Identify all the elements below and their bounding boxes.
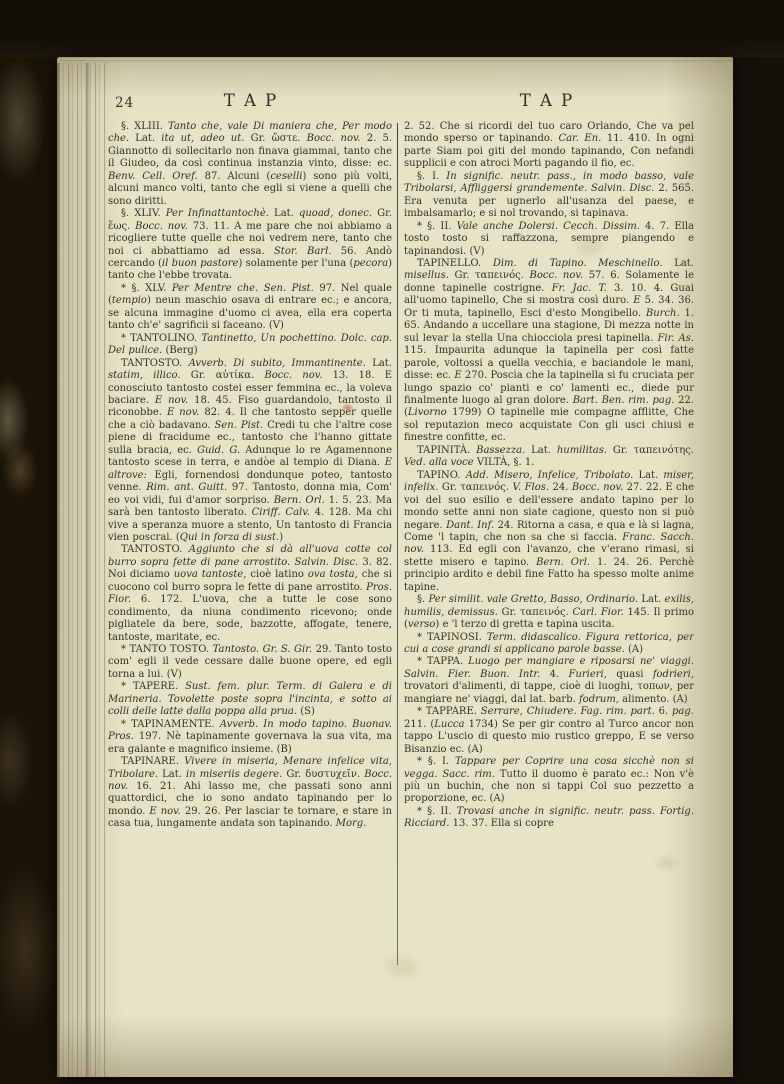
text-segment: Stor. Barl. — [274, 246, 341, 257]
text-segment: Lat. — [135, 133, 161, 144]
book-cover-edge — [0, 0, 60, 1084]
text-segment: Car. En. — [558, 133, 606, 144]
text-segment: * TANTOLINO. — [121, 333, 201, 344]
text-segment: Carl. Fior. — [572, 607, 627, 618]
text-segment: ceselli — [270, 171, 302, 182]
page-top-edge — [57, 57, 733, 63]
paragraph-right-10: * TAPPARE. Serrare, Chiudere. Fag. rim. … — [404, 706, 694, 756]
paragraph-left-9: * TAPINAMENTE. Avverb. In modo tapino. B… — [108, 719, 392, 756]
paragraph-left-3: * §. XLV. Per Mentre che. Sen. Pist. 97.… — [108, 283, 392, 333]
text-segment: Dim. di Tapino. Meschinello. — [493, 258, 674, 269]
text-segment: 211. ( — [404, 719, 434, 730]
text-segment: E — [633, 295, 644, 306]
text-segment: alimento. (A) — [622, 694, 687, 705]
text-segment: 197. Nè tapinamente governava la sua vit… — [108, 731, 392, 754]
text-block: §. XLIII. Tanto che, vale Di maniera che… — [108, 121, 694, 973]
text-segment: * TAPINAMENTE. — [121, 719, 220, 730]
page-number: 24 — [115, 95, 134, 111]
text-segment: Gr. ταπεινός. — [442, 482, 513, 493]
book-scan-photo: 24 T A P T A P §. XLIII. Tanto che, vale… — [0, 0, 784, 1084]
text-segment: 13. 37. Ella si copre — [453, 818, 554, 829]
text-segment: §. — [417, 594, 429, 605]
text-segment: Lat. — [531, 445, 557, 456]
text-segment: * TAPINOSI. — [417, 632, 487, 643]
text-segment: TAPINITÀ. — [417, 445, 476, 456]
paragraph-left-7: * TANTO TOSTO. Tantosto. Gr. S. Gir. 29.… — [108, 644, 392, 681]
paragraph-right-2: §. I. In signific. neutr. pass., in modo… — [404, 171, 694, 221]
text-segment: fodrum, — [579, 694, 622, 705]
text-segment: * TAPPA. — [417, 656, 468, 667]
text-segment: verso — [408, 619, 436, 630]
paragraph-left-10: TAPINARE. Vivere in miseria, Menare infe… — [108, 756, 392, 831]
text-segment: ) solamente per l'una ( — [238, 258, 353, 269]
paragraph-left-6: TANTOSTO. Aggiunto che si dà all'uova co… — [108, 544, 392, 644]
text-segment: Dant. Inf. — [446, 520, 498, 531]
paragraph-right-12: * §. II. Trovasi anche in signific. neut… — [404, 806, 694, 831]
text-segment: Furieri, — [569, 669, 617, 680]
text-segment: Fir. As. — [657, 333, 694, 344]
book-page: 24 T A P T A P §. XLIII. Tanto che, vale… — [57, 57, 733, 1077]
text-segment: (S) — [300, 706, 315, 717]
text-segment: §. XLIII. — [121, 121, 168, 132]
text-segment: * §. II. — [417, 806, 457, 817]
text-segment: TANTOSTO. — [121, 358, 189, 369]
text-segment: Lat. — [162, 769, 186, 780]
text-segment: ova tosta, — [308, 569, 362, 580]
running-title-left: T A P — [191, 91, 311, 110]
text-segment: cioè latino — [250, 569, 307, 580]
text-segment: Gr. δυστυχεῖν. — [286, 769, 364, 780]
paragraph-right-5: TAPINITÀ. Bassezza. Lat. humilitas. Gr. … — [404, 445, 694, 470]
text-segment: VILTÀ, §. 1. — [477, 457, 535, 468]
paragraph-left-1: §. XLIII. Tanto che, vale Di maniera che… — [108, 121, 392, 208]
paragraph-left-4: * TANTOLINO. Tantinetto, Un pochettino. … — [108, 333, 392, 358]
text-segment: Sen. Pist. — [215, 420, 268, 431]
text-segment: In signific. neutr. pass., in modo basso… — [404, 171, 694, 194]
text-segment: Gr. αὐτίκα. — [191, 370, 265, 381]
text-segment: §. I. — [417, 171, 446, 182]
text-segment: Fr. Jac. T. — [552, 283, 614, 294]
text-segment: TAPINELLO. — [417, 258, 493, 269]
text-segment: Bocc. nov. — [135, 221, 193, 232]
text-segment: Gr. ὥστε. — [251, 133, 307, 144]
paragraph-right-9: * TAPPA. Luogo per mangiare e riposarsi … — [404, 656, 694, 706]
text-segment: Bart. Ben. rim. pag. — [573, 395, 678, 406]
text-segment: Lat. — [641, 594, 664, 605]
text-segment: 4. — [550, 669, 569, 680]
text-segment: * §. I. — [417, 756, 455, 767]
text-segment: misellus. — [404, 270, 455, 281]
text-segment: Tantosto. Gr. S. Gir. — [213, 644, 316, 655]
text-segment: il buon pastore — [162, 258, 239, 269]
text-segment: E nov. — [155, 395, 194, 406]
text-segment: Gr. ταπεινός. — [455, 270, 530, 281]
paragraph-right-3: * §. II. Vale anche Dolersi. Cecch. Diss… — [404, 221, 694, 258]
text-segment: TANTOSTO. — [121, 544, 189, 555]
paragraph-left-5: TANTOSTO. Avverb. Di subito, Immantinent… — [108, 358, 392, 545]
paragraph-right-6: TAPINO. Add. Misero, Infelice, Tribolato… — [404, 470, 694, 595]
text-segment: Bocc. nov. — [572, 482, 627, 493]
text-segment: §. XLIV. — [121, 208, 166, 219]
text-segment: ita ut, adeo ut. — [161, 133, 250, 144]
text-segment: Bocc. nov. — [264, 370, 332, 381]
text-segment: TAPINARE. — [121, 756, 184, 767]
paragraph-right-7: §. Per similit. vale Gretto, Basso, Ordi… — [404, 594, 694, 631]
dark-background-top — [0, 0, 784, 57]
text-segment: Gr. ταπεινότης. — [613, 445, 694, 456]
text-segment: Bern. Orl. — [536, 557, 597, 568]
running-title-right: T A P — [487, 91, 607, 110]
text-segment: Avverb. Di subito, Immantinente. — [189, 358, 373, 369]
text-segment: humilitas. — [557, 445, 613, 456]
text-segment: in miseriis degere. — [186, 769, 286, 780]
text-segment: * TAPPARE. — [417, 706, 481, 717]
text-segment: Ciriff. Calv. — [252, 507, 315, 518]
paragraph-right-8: * TAPINOSI. Term. didascalico. Figura re… — [404, 632, 694, 657]
text-segment: Per Infinattantochè. — [166, 208, 274, 219]
text-segment: statim, illico. — [108, 370, 191, 381]
text-segment: pecora — [353, 258, 388, 269]
text-segment: E nov. — [149, 806, 184, 817]
text-column-right: 2. 52. Che si ricordi del tuo caro Orlan… — [404, 121, 694, 973]
text-segment: Morg. — [336, 818, 367, 829]
text-segment: Bassezza. — [476, 445, 531, 456]
text-segment: Per similit. vale Gretto, Basso, Ordinar… — [429, 594, 642, 605]
paragraph-left-8: * TAPERE. Sust. fem. plur. Term. di Gale… — [108, 681, 392, 718]
text-segment: Bocc. nov. — [530, 270, 589, 281]
text-segment: 6. 172. L'uova, che a tutte le cose sono… — [108, 594, 392, 642]
text-segment: Guid. G. — [197, 445, 245, 456]
text-segment: TAPINO. — [417, 470, 466, 481]
text-segment: 87. Alcuni ( — [205, 171, 271, 182]
text-segment: tempio — [112, 295, 147, 306]
text-segment: uova tantoste, — [174, 569, 251, 580]
text-segment: Lat. — [372, 358, 392, 369]
text-segment: quoad, donec. — [299, 208, 377, 219]
text-segment: V. Flos. — [513, 482, 553, 493]
text-segment: Livorno — [408, 407, 452, 418]
text-segment: Gr. ταπεινός. — [502, 607, 573, 618]
paragraph-right-4: TAPINELLO. Dim. di Tapino. Meschinello. … — [404, 258, 694, 445]
text-segment: (Berg) — [165, 345, 197, 356]
text-segment: ) e 'l terzo di gretta e tapina uscita. — [435, 619, 614, 630]
text-segment: Burch. — [646, 308, 685, 319]
text-segment: Bern. Orl. — [274, 495, 329, 506]
text-segment: Lat. — [638, 470, 663, 481]
text-column-left: §. XLIII. Tanto che, vale Di maniera che… — [108, 121, 392, 973]
paragraph-right-11: * §. I. Tappare per Coprire una cosa sic… — [404, 756, 694, 806]
text-segment: * TAPERE. — [121, 681, 185, 692]
text-segment: Vale anche Dolersi. Cecch. Dissim. — [457, 221, 645, 232]
text-segment: Bocc. nov. — [307, 133, 367, 144]
text-segment: Lucca — [434, 719, 468, 730]
text-segment: 6. — [659, 706, 672, 717]
text-segment: * §. II. — [417, 221, 457, 232]
text-segment: (A) — [628, 644, 643, 655]
text-segment: * §. XLV. — [121, 283, 172, 294]
text-segment: Add. Misero, Infelice, Tribolato. — [466, 470, 639, 481]
text-segment: Per Mentre che. Sen. Pist. — [172, 283, 319, 294]
text-segment: 24. — [553, 482, 572, 493]
text-segment: fodrieri, — [653, 669, 694, 680]
text-segment: Lat. — [674, 258, 694, 269]
text-segment: Serrare, Chiudere. Fag. rim. part. — [481, 706, 659, 717]
stacked-page-edges — [57, 57, 107, 1077]
text-segment: Benv. Cell. Oref. — [108, 171, 205, 182]
paragraph-left-2: §. XLIV. Per Infinattantochè. Lat. quoad… — [108, 208, 392, 283]
text-segment: Qui in forza di sust. — [180, 532, 279, 543]
text-segment: ) neun maschio osava di entrare ec.; e a… — [108, 295, 392, 331]
text-segment: Rim. ant. Guitt. — [146, 482, 232, 493]
text-segment: quasi — [616, 669, 653, 680]
text-segment: * TANTO TOSTO. — [121, 644, 213, 655]
text-segment: E — [454, 370, 465, 381]
paragraph-right-1: 2. 52. Che si ricordi del tuo caro Orlan… — [404, 121, 694, 171]
text-segment: Lat. — [274, 208, 299, 219]
text-segment: pag. — [672, 706, 694, 717]
text-segment: E nov. — [167, 407, 204, 418]
column-divider-rule — [397, 123, 398, 965]
text-segment: ) — [279, 532, 283, 543]
text-segment: Ved. alla voce — [404, 457, 477, 468]
